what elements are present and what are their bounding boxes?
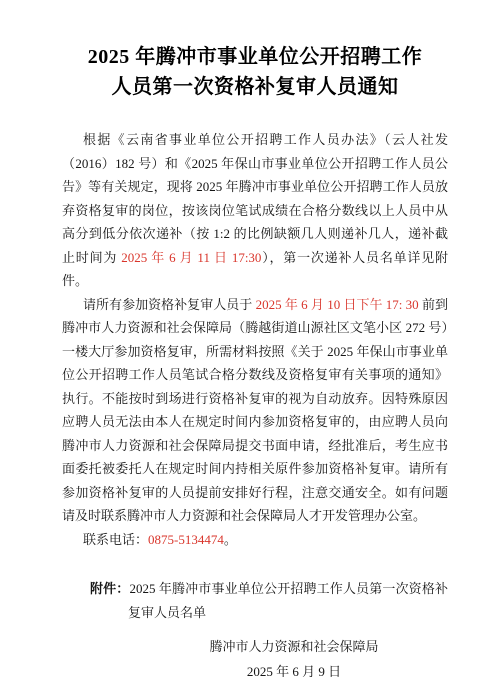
contact-line: 联系电话：0875-5134474。: [62, 528, 448, 552]
paragraph-review-instructions: 请所有参加资格补复审人员于 2025 年 6 月 10 日下午 17: 30 前…: [62, 293, 448, 528]
title-line-1: 2025 年腾冲市事业单位公开招聘工作: [88, 46, 423, 68]
contact-period: 。: [224, 532, 237, 547]
attachment-title: 2025 年腾冲市事业单位公开招聘工作人员第一次资格补复审人员名单: [128, 581, 448, 620]
paragraph-2-text: 请所有参加资格补复审人员于: [83, 297, 256, 312]
review-time-highlight: 2025 年 6 月 10 日下午 17: 30: [256, 297, 419, 312]
contact-label: 联系电话：: [83, 532, 148, 547]
attachment-label: 附件：: [90, 581, 129, 596]
signature-block: 腾冲市人力资源和社会保障局 2025 年 6 月 9 日: [140, 634, 448, 677]
page-title: 2025 年腾冲市事业单位公开招聘工作 人员第一次资格补复审人员通知: [62, 42, 448, 102]
issue-date: 2025 年 6 月 9 日: [140, 659, 448, 677]
paragraph-replacement-rule: 根据《云南省事业单位公开招聘工作人员办法》（云人社发（2016）182 号）和《…: [62, 128, 448, 293]
notice-document: 2025 年腾冲市事业单位公开招聘工作 人员第一次资格补复审人员通知 根据《云南…: [0, 0, 500, 677]
paragraph-1-text: 根据《云南省事业单位公开招聘工作人员办法》（云人社发（2016）182 号）和《…: [62, 132, 448, 265]
deadline-date-highlight: 2025 年 6 月 11 日 17:30: [121, 250, 261, 265]
title-line-2: 人员第一次资格补复审人员通知: [112, 76, 399, 98]
attachment-line: 附件：2025 年腾冲市事业单位公开招聘工作人员第一次资格补复审人员名单: [90, 577, 448, 625]
contact-phone-number: 0875-5134474: [148, 532, 224, 547]
issuing-authority: 腾冲市人力资源和社会保障局: [140, 634, 448, 659]
paragraph-2-tail: 前到腾冲市人力资源和社会保障局（腾越街道山源社区文笔小区 272 号）一楼大厅参…: [62, 297, 448, 524]
